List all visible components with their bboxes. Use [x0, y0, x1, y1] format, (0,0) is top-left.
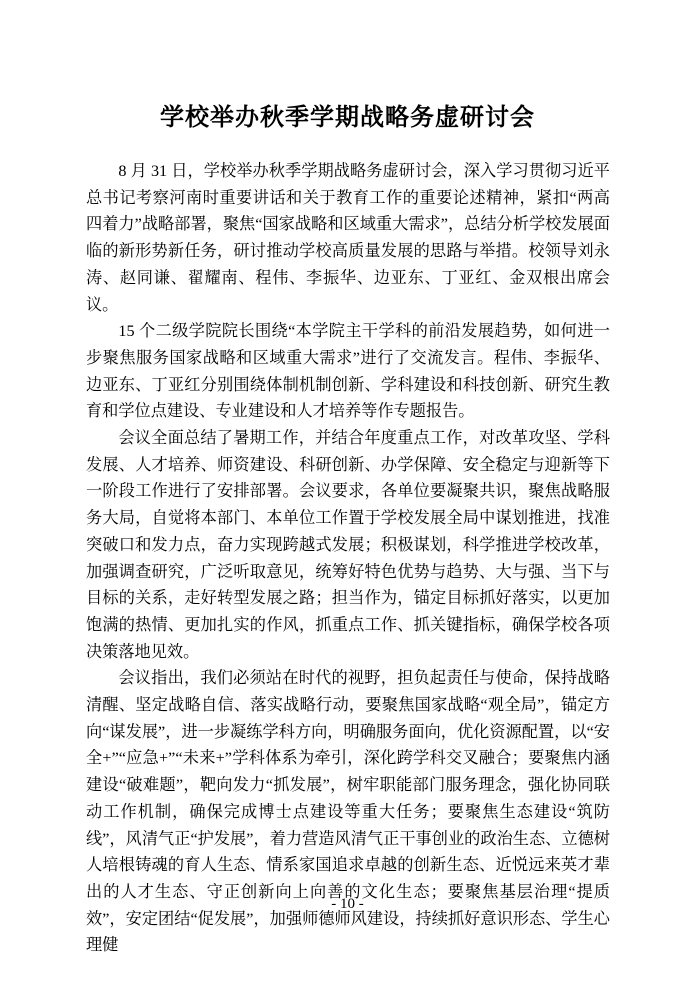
- paragraph-2: 15 个二级学院院长围绕“本学院主干学科的前沿发展趋势，如何进一步聚焦服务国家战…: [86, 318, 610, 425]
- document-page: 学校举办秋季学期战略务虚研讨会 8 月 31 日，学校举办秋季学期战略务虚研讨会…: [0, 0, 695, 983]
- paragraph-1: 8 月 31 日，学校举办秋季学期战略务虚研讨会，深入学习贯彻习近平总书记考察河…: [86, 158, 610, 318]
- document-body: 8 月 31 日，学校举办秋季学期战略务虚研讨会，深入学习贯彻习近平总书记考察河…: [86, 158, 610, 959]
- paragraph-3: 会议全面总结了暑期工作，并结合年度重点工作，对改革攻坚、学科发展、人才培养、师资…: [86, 425, 610, 665]
- page-number: - 10 -: [0, 896, 695, 913]
- paragraph-4: 会议指出，我们必须站在时代的视野，担负起责任与使命，保持战略清醒、坚定战略自信、…: [86, 665, 610, 959]
- document-title: 学校举办秋季学期战略务虚研讨会: [0, 97, 695, 132]
